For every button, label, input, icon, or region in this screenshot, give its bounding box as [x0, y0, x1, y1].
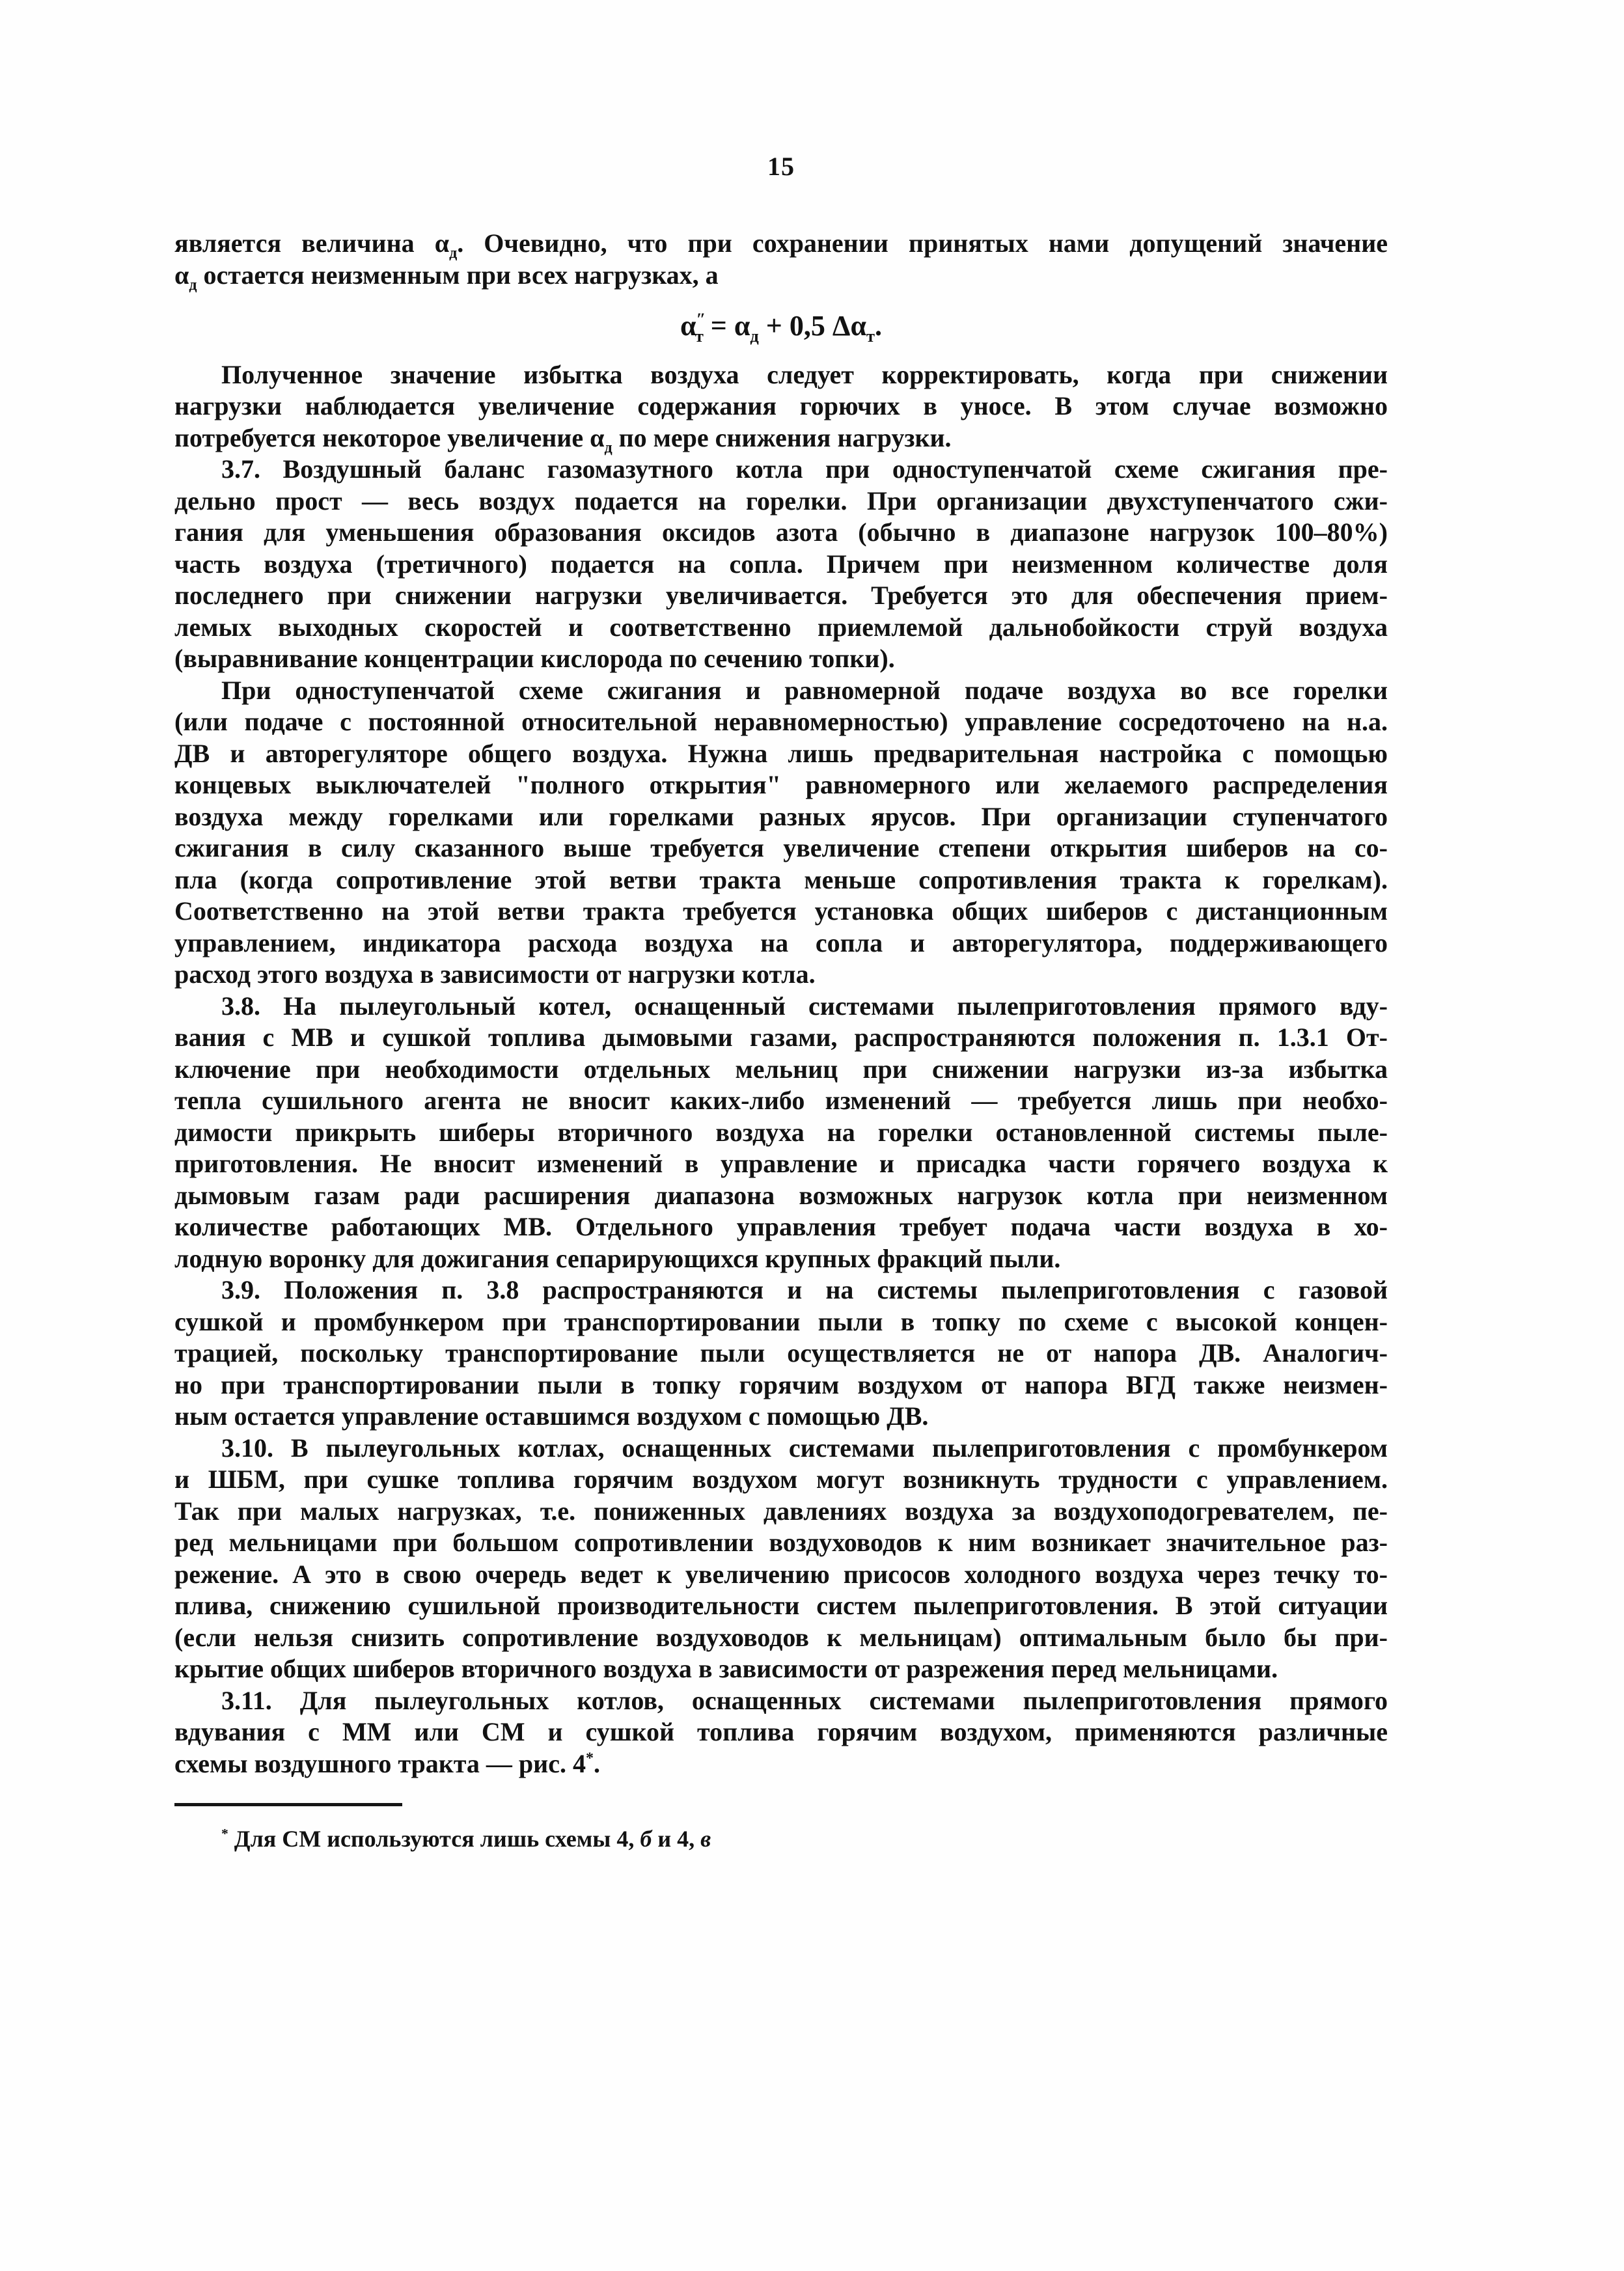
text-line: количестве работающих МВ. Отдельного упр…	[174, 1211, 1388, 1243]
text-line: тепла сушильного агента не вносит каких-…	[174, 1085, 1388, 1117]
text-line: Соответственно на этой ветви тракта треб…	[174, 896, 1388, 928]
text-line: 3.10. В пылеугольных котлах, оснащенных …	[174, 1433, 1388, 1465]
paragraph: 3.11. Для пылеугольных котлов, оснащенны…	[174, 1685, 1388, 1780]
paragraph: Полученное значение избытка воздуха след…	[174, 359, 1388, 454]
text-line: плива, снижению сушильной производительн…	[174, 1590, 1388, 1622]
text-line: сушкой и промбункером при транспортирова…	[174, 1306, 1388, 1338]
text-line: нагрузки наблюдается увеличение содержан…	[174, 391, 1388, 422]
page-number: 15	[174, 151, 1388, 182]
text-line: (если нельзя снизить сопротивление возду…	[174, 1622, 1388, 1654]
text-line: концевых выключателей "полного открытия"…	[174, 769, 1388, 801]
footnote: * Для СМ используются лишь схемы 4, б и …	[174, 1803, 1388, 1854]
text-line: трацией, поскольку транспортирование пыл…	[174, 1338, 1388, 1369]
text-line: потребуется некоторое увеличение αд по м…	[174, 422, 1388, 454]
text-line: (или подаче с постоянной относительной н…	[174, 706, 1388, 738]
footnote-text: * Для СМ используются лишь схемы 4, б и …	[174, 1823, 1388, 1854]
text-line: 3.11. Для пылеугольных котлов, оснащенны…	[174, 1685, 1388, 1717]
text-line: пла (когда сопротивление этой ветви трак…	[174, 864, 1388, 896]
text-line: но при транспортировании пыли в топку го…	[174, 1369, 1388, 1401]
text-line: дельно прост — весь воздух подается на г…	[174, 486, 1388, 517]
text-line: ным остается управление оставшимся возду…	[174, 1401, 1388, 1433]
text-line: лодную воронку для дожигания сепарирующи…	[174, 1243, 1388, 1275]
paragraph: 3.10. В пылеугольных котлах, оснащенных …	[174, 1433, 1388, 1685]
formula: α″т = αд + 0,5 Δαт.	[174, 310, 1388, 342]
text-line: приготовления. Не вносит изменений в упр…	[174, 1148, 1388, 1180]
text-line: Полученное значение избытка воздуха след…	[174, 359, 1388, 391]
text-line: αд остается неизменным при всех нагрузка…	[174, 260, 1388, 292]
text-blocks-host: является величина αд. Очевидно, что при …	[174, 228, 1388, 1780]
text-line: вания с МВ и сушкой топлива дымовыми газ…	[174, 1022, 1388, 1054]
text-line: является величина αд. Очевидно, что при …	[174, 228, 1388, 260]
text-line: ключение при необходимости отдельных мел…	[174, 1054, 1388, 1086]
paragraph: 3.8. На пылеугольный котел, оснащенный с…	[174, 991, 1388, 1275]
text-line: дымовым газам ради расширения диапазона …	[174, 1180, 1388, 1212]
paragraph: При одноступенчатой схеме сжигания и рав…	[174, 675, 1388, 991]
text-line: и ШБМ, при сушке топлива горячим воздухо…	[174, 1464, 1388, 1496]
formula-line: α″т = αд + 0,5 Δαт.	[174, 310, 1388, 342]
text-line: При одноступенчатой схеме сжигания и рав…	[174, 675, 1388, 707]
text-line: 3.7. Воздушный баланс газомазутного котл…	[174, 454, 1388, 486]
text-line: 3.8. На пылеугольный котел, оснащенный с…	[174, 991, 1388, 1023]
paragraph: 3.7. Воздушный баланс газомазутного котл…	[174, 454, 1388, 675]
text-line: расход этого воздуха в зависимости от на…	[174, 959, 1388, 991]
document-page: 15 является величина αд. Очевидно, что п…	[0, 0, 1624, 2271]
text-line: крытие общих шиберов вторичного воздуха …	[174, 1653, 1388, 1685]
text-line: гания для уменьшения образования оксидов…	[174, 517, 1388, 549]
text-line: режение. А это в свою очередь ведет к ув…	[174, 1559, 1388, 1591]
text-line: ДВ и авторегуляторе общего воздуха. Нужн…	[174, 738, 1388, 770]
paragraph: является величина αд. Очевидно, что при …	[174, 228, 1388, 291]
text-line: управлением, индикатора расхода воздуха …	[174, 928, 1388, 959]
text-line: воздуха между горелками или горелками ра…	[174, 801, 1388, 833]
text-line: лемых выходных скоростей и соответственн…	[174, 612, 1388, 644]
paragraph: 3.9. Положения п. 3.8 распространяются и…	[174, 1274, 1388, 1433]
footnote-rule	[174, 1803, 402, 1806]
text-line: (выравнивание концентрации кислорода по …	[174, 643, 1388, 675]
text-line: сжигания в силу сказанного выше требуетс…	[174, 833, 1388, 864]
text-column: является величина αд. Очевидно, что при …	[174, 228, 1388, 1854]
text-line: часть воздуха (третичного) подается на с…	[174, 549, 1388, 581]
text-line: схемы воздушного тракта — рис. 4*.	[174, 1748, 1388, 1780]
text-line: вдувания с ММ или СМ и сушкой топлива го…	[174, 1716, 1388, 1748]
text-line: Так при малых нагрузках, т.е. пониженных…	[174, 1496, 1388, 1528]
text-line: последнего при снижении нагрузки увеличи…	[174, 580, 1388, 612]
text-line: ред мельницами при большом сопротивлении…	[174, 1527, 1388, 1559]
text-line: 3.9. Положения п. 3.8 распространяются и…	[174, 1274, 1388, 1306]
text-line: димости прикрыть шиберы вторичного возду…	[174, 1117, 1388, 1149]
